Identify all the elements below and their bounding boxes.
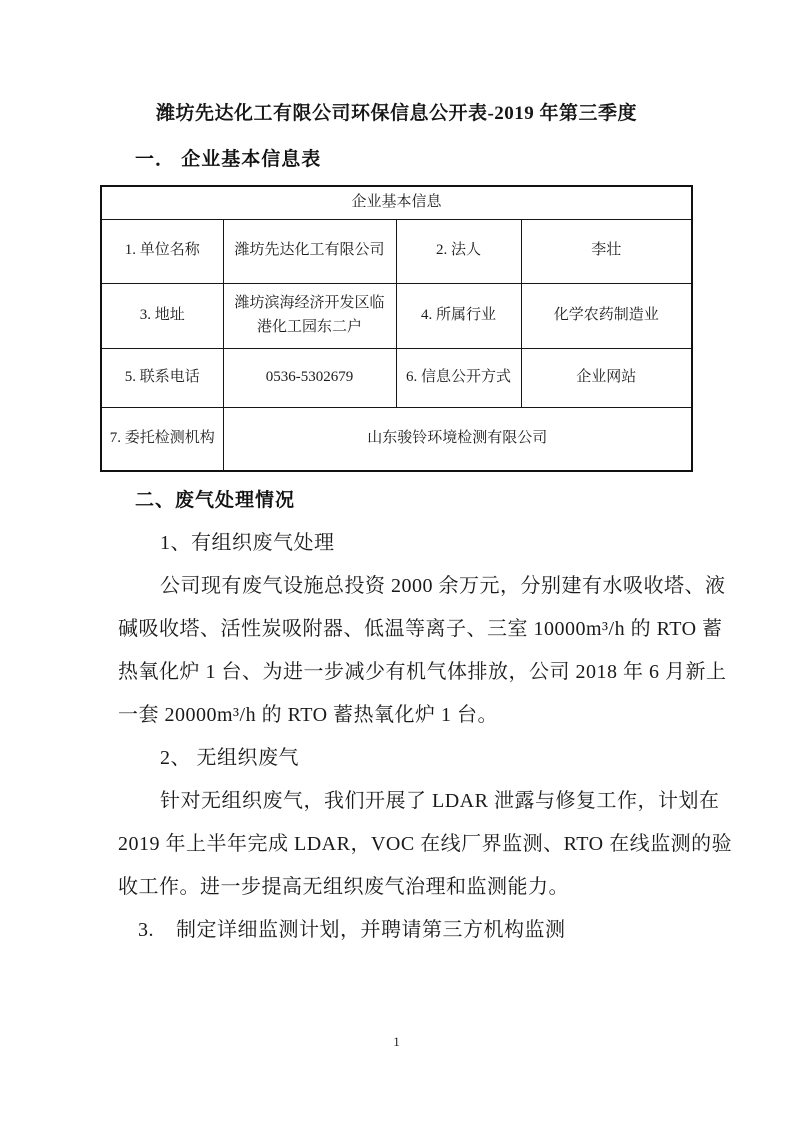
label-legal-person: 2. 法人: [396, 219, 521, 283]
value-testing-agency: 山东骏铃环境检测有限公司: [223, 407, 692, 471]
table-row: 7. 委托检测机构 山东骏铃环境检测有限公司: [101, 407, 692, 471]
page-number: 1: [0, 1034, 793, 1050]
label-address: 3. 地址: [101, 283, 223, 348]
table-header-row: 企业基本信息: [101, 186, 692, 219]
label-testing-agency: 7. 委托检测机构: [101, 407, 223, 471]
section1-heading: 一． 企业基本信息表: [135, 148, 793, 172]
value-unit-name: 潍坊先达化工有限公司: [223, 219, 396, 283]
section2-heading: 二、废气处理情况: [135, 489, 793, 513]
paragraph-line: 2、 无组织废气: [118, 737, 718, 780]
document-page: 潍坊先达化工有限公司环保信息公开表-2019 年第三季度 一． 企业基本信息表 …: [0, 0, 793, 1122]
paragraph-line: 1、有组织废气处理: [118, 522, 718, 565]
table-row: 1. 单位名称 潍坊先达化工有限公司 2. 法人 李壮: [101, 219, 692, 283]
paragraph-line: 2019 年上半年完成 LDAR，VOC 在线厂界监测、RTO 在线监测的验: [118, 823, 718, 866]
table-title-cell: 企业基本信息: [101, 186, 692, 219]
paragraph-line: 针对无组织废气，我们开展了 LDAR 泄露与修复工作，计划在: [118, 780, 718, 823]
body-text: 1、有组织废气处理 公司现有废气设施总投资 2000 余万元，分别建有水吸收塔、…: [118, 522, 718, 952]
table-row: 5. 联系电话 0536-5302679 6. 信息公开方式 企业网站: [101, 348, 692, 407]
table-row: 3. 地址 潍坊滨海经济开发区临港化工园东二户 4. 所属行业 化学农药制造业: [101, 283, 692, 348]
paragraph-line: 碱吸收塔、活性炭吸附器、低温等离子、三室 10000m³/h 的 RTO 蓄: [118, 608, 718, 651]
paragraph-line: 3. 制定详细监测计划，并聘请第三方机构监测: [118, 909, 718, 952]
label-unit-name: 1. 单位名称: [101, 219, 223, 283]
paragraph-line: 收工作。进一步提高无组织废气治理和监测能力。: [118, 866, 718, 909]
paragraph-line: 公司现有废气设施总投资 2000 余万元，分别建有水吸收塔、液: [118, 565, 718, 608]
value-address: 潍坊滨海经济开发区临港化工园东二户: [223, 283, 396, 348]
document-title: 潍坊先达化工有限公司环保信息公开表-2019 年第三季度: [0, 0, 793, 127]
value-legal-person: 李壮: [521, 219, 692, 283]
label-industry: 4. 所属行业: [396, 283, 521, 348]
paragraph-line: 热氧化炉 1 台、为进一步减少有机气体排放，公司 2018 年 6 月新上: [118, 651, 718, 694]
label-phone: 5. 联系电话: [101, 348, 223, 407]
basic-info-table: 企业基本信息 1. 单位名称 潍坊先达化工有限公司 2. 法人 李壮 3. 地址…: [100, 185, 693, 472]
label-disclosure-method: 6. 信息公开方式: [396, 348, 521, 407]
paragraph-line: 一套 20000m³/h 的 RTO 蓄热氧化炉 1 台。: [118, 694, 718, 737]
value-industry: 化学农药制造业: [521, 283, 692, 348]
value-disclosure-method: 企业网站: [521, 348, 692, 407]
value-phone: 0536-5302679: [223, 348, 396, 407]
